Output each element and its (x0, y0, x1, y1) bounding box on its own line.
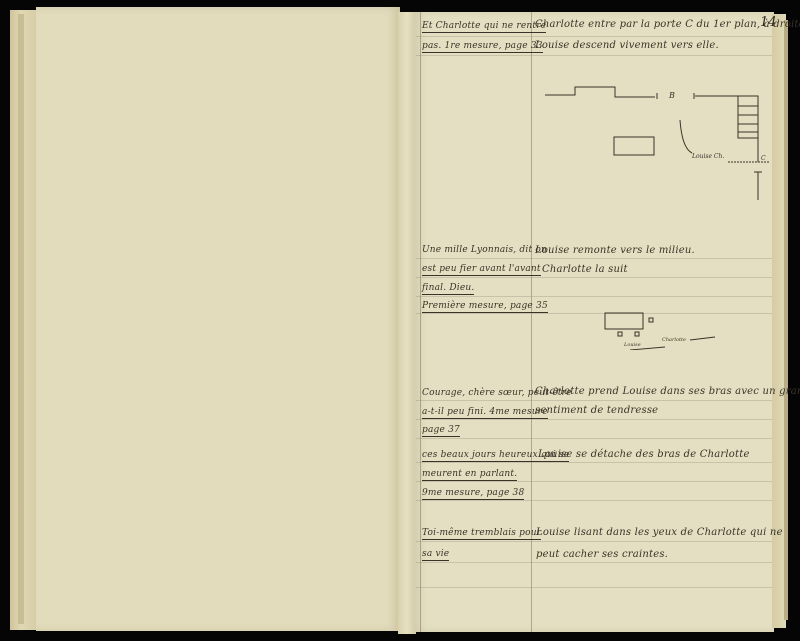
stage-plan-diagram-2: Louise Charlotte (600, 305, 730, 350)
stage-direction: Charlotte entre par la porte C du 1er pl… (535, 19, 800, 30)
stage-direction: Charlotte prend Louise dans ses bras ave… (535, 386, 800, 397)
cue-text: a-t-il peu fini. 4me mesure (422, 407, 548, 419)
ruled-line (416, 562, 772, 563)
svg-text:B: B (668, 91, 675, 100)
ruled-line (416, 481, 772, 482)
ruled-line (416, 296, 772, 297)
ruled-line (416, 277, 772, 278)
ruled-line (416, 36, 772, 37)
margin-line-left (420, 12, 421, 632)
cue-text: Première mesure, page 35 (422, 301, 548, 313)
cue-text: pas. 1re mesure, page 33 (422, 41, 543, 53)
ruled-line (416, 419, 772, 420)
stage-direction: Louise descend vivement vers elle. (535, 40, 719, 51)
stage-direction: Louise se détache des bras de Charlotte (538, 449, 750, 460)
ruled-line (416, 541, 772, 542)
cue-text: Une mille Lyonnais, dit on (422, 245, 547, 255)
cue-text: 9me mesure, page 38 (422, 488, 524, 500)
cue-text: sa vie (422, 549, 449, 561)
cue-text: Toi-même tremblais pour (422, 528, 541, 540)
left-page-stack-shadow (18, 14, 24, 624)
left-page-stack-edge (10, 10, 38, 630)
cue-text: Et Charlotte qui ne rentre (422, 21, 546, 33)
right-page-stack-shadow (784, 20, 788, 620)
stage-plan-diagram-1: B Louise Ch. C (540, 80, 770, 200)
stage-direction: Louise remonte vers le milieu. (535, 245, 695, 256)
cue-text: final. Dieu. (422, 283, 474, 295)
left-page-blank (36, 7, 400, 631)
cue-text: page 37 (422, 425, 460, 437)
svg-text:Louise Ch.: Louise Ch. (691, 153, 724, 160)
stage-direction: Louise lisant dans les yeux de Charlotte… (536, 527, 783, 538)
ruled-line (416, 55, 772, 56)
ruled-line (416, 258, 772, 259)
svg-text:Louise: Louise (623, 342, 641, 348)
ruled-line (416, 462, 772, 463)
svg-text:Charlotte: Charlotte (662, 337, 686, 343)
ruled-line (416, 438, 772, 439)
stage-direction: peut cacher ses craintes. (536, 549, 668, 560)
ruled-line (416, 500, 772, 501)
ruled-line (416, 587, 772, 588)
stage-direction: sentiment de tendresse (535, 405, 658, 416)
cue-text: meurent en parlant. (422, 469, 517, 481)
cue-text: est peu fier avant l'avant (422, 264, 541, 276)
svg-text:C: C (761, 155, 766, 162)
ruled-line (416, 400, 772, 401)
stage-direction: Charlotte la suit (542, 264, 628, 275)
